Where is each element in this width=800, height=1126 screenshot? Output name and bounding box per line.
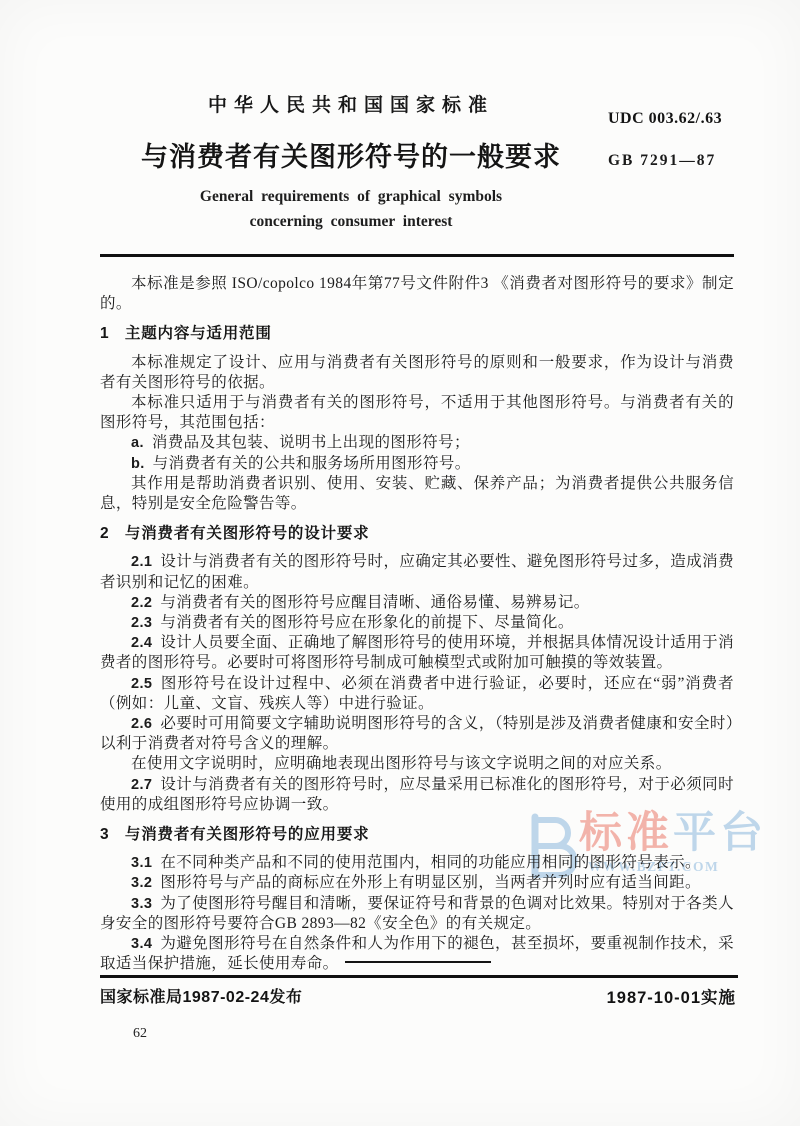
section-2-number: 2 [100, 525, 109, 542]
clause-3-2: 3.2图形符号与产品的商标应在外形上有明显区别，当两者并列时应有适当间距。 [100, 873, 734, 893]
section-2-heading: 2与消费者有关图形符号的设计要求 [100, 524, 734, 544]
header-divider-rule [100, 254, 734, 257]
footer-divider-rule [100, 975, 738, 978]
document-title-zh: 与消费者有关图形符号的一般要求 [96, 135, 606, 174]
scanned-standard-document-page: 中华人民共和国国家标准 与消费者有关图形符号的一般要求 General requ… [0, 0, 800, 1126]
header-right-block: UDC 003.62/.63 GB 7291—87 [608, 110, 748, 170]
clause-2-5: 2.5图形符号在设计过程中、必须在消费者中进行验证，必要时，还应在“弱”消费者（… [100, 674, 734, 714]
document-title-en-line1: General requirements of graphical symbol… [96, 188, 606, 206]
section-2-title: 与消费者有关图形符号的设计要求 [125, 525, 370, 542]
list-item-b: b.与消费者有关的公共和服务场所用图形符号。 [100, 454, 734, 474]
section-3-heading: 3与消费者有关图形符号的应用要求 [100, 825, 734, 845]
national-standard-label: 中华人民共和国国家标准 [96, 90, 606, 117]
clause-3-3: 3.3为了使图形符号醒目和清晰，要保证符号和背景的色调对比效果。特别对于各类人身… [100, 894, 734, 934]
page-number: 62 [133, 1026, 147, 1042]
section-1-title: 主题内容与适用范围 [125, 325, 272, 342]
section-1-heading: 1主题内容与适用范围 [100, 324, 734, 344]
udc-classification: UDC 003.62/.63 [608, 110, 748, 128]
footer-issued-date: 国家标准局1987-02-24发布 [100, 984, 302, 1007]
clause-3-1: 3.1在不同种类产品和不同的使用范围内，相同的功能应用相同的图形符号表示。 [100, 853, 734, 873]
standard-number: GB 7291—87 [608, 152, 748, 170]
clause-2-6-note: 在使用文字说明时，应明确地表现出图形符号与该文字说明之间的对应关系。 [100, 754, 734, 774]
clause-2-6: 2.6必要时可用简要文字辅助说明图形符号的含义，（特别是涉及消费者健康和安全时）… [100, 714, 734, 754]
footer-implementation-date: 1987-10-01实施 [607, 984, 736, 1008]
section-1-number: 1 [100, 325, 109, 342]
clause-3-4: 3.4为避免图形符号在自然条件和人为作用下的褪色，甚至损坏，要重视制作技术，采取… [100, 934, 734, 974]
paragraph: 其作用是帮助消费者识别、使用、安装、贮藏、保养产品；为消费者提供公共服务信息，特… [100, 474, 734, 514]
document-title-en-line2: concerning consumer interest [96, 213, 606, 231]
clause-2-1: 2.1设计与消费者有关的图形符号时，应确定其必要性、避免图形符号过多，造成消费者… [100, 552, 734, 592]
clause-2-7: 2.7设计与消费者有关的图形符号时，应尽量采用已标准化的图形符号，对于必须同时使… [100, 775, 734, 815]
clause-2-3: 2.3与消费者有关的图形符号应在形象化的前提下、尽量简化。 [100, 613, 734, 633]
list-item-a: a.消费品及其包装、说明书上出现的图形符号； [100, 433, 734, 453]
header-left-block: 中华人民共和国国家标准 与消费者有关图形符号的一般要求 General requ… [96, 90, 606, 231]
section-3-number: 3 [100, 826, 109, 843]
section-3-title: 与消费者有关图形符号的应用要求 [125, 826, 370, 843]
paragraph: 本标准规定了设计、应用与消费者有关图形符号的原则和一般要求，作为设计与消费者有关… [100, 353, 734, 393]
clause-2-2: 2.2与消费者有关的图形符号应醒目清晰、通俗易懂、易辨易记。 [100, 593, 734, 613]
intro-paragraph: 本标准是参照 ISO/copolco 1984年第77号文件附件3 《消费者对图… [100, 274, 734, 314]
paragraph: 本标准只适用于与消费者有关的图形符号，不适用于其他图形符号。与消费者有关的图形符… [100, 393, 734, 433]
clause-2-4: 2.4设计人员要全面、正确地了解图形符号的使用环境，并根据具体情况设计适用于消费… [100, 633, 734, 673]
document-body: 本标准是参照 ISO/copolco 1984年第77号文件附件3 《消费者对图… [100, 274, 734, 975]
